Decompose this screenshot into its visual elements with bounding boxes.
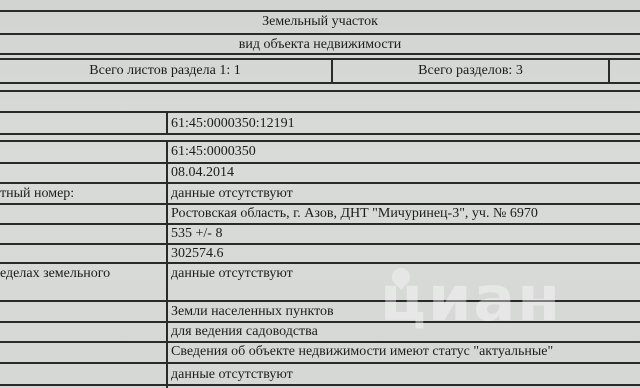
divider xyxy=(608,58,610,82)
object-status: Сведения об объекте недвижимости имеют с… xyxy=(171,344,553,360)
address: Ростовская область, г. Азов, ДНТ "Мичури… xyxy=(171,206,538,222)
cadastral-value: 302574.6 xyxy=(171,246,224,262)
rule xyxy=(0,33,640,35)
rule xyxy=(0,133,640,135)
quarter-number: 61:45:0000350 xyxy=(171,144,256,160)
object-title: Земельный участок xyxy=(0,14,640,30)
column-divider xyxy=(166,140,168,388)
sections-count: Всего разделов: 3 xyxy=(333,63,608,79)
land-category: Земли населенных пунктов xyxy=(171,304,334,320)
area: 535 +/- 8 xyxy=(171,226,222,242)
rule xyxy=(0,243,640,245)
rule xyxy=(0,140,640,142)
previous-number: данные отсутствуют xyxy=(171,186,293,202)
rule xyxy=(0,223,640,225)
rule xyxy=(0,111,640,113)
rule xyxy=(0,10,640,12)
cadastral-number: 61:45:0000350:12191 xyxy=(171,116,295,132)
rule xyxy=(0,53,640,55)
row-label: еделах земельного xyxy=(0,266,110,282)
rule xyxy=(0,58,640,60)
document-page: Земельный участок вид объекта недвижимос… xyxy=(0,0,640,388)
row-label: тный номер: xyxy=(0,186,74,202)
special-notes: данные отсутствуют xyxy=(171,367,293,383)
rule xyxy=(0,203,640,205)
objects-within: данные отсутствуют xyxy=(171,266,293,282)
column-divider xyxy=(166,111,168,133)
rule xyxy=(0,341,640,343)
rule xyxy=(0,182,640,184)
rule xyxy=(0,384,640,386)
object-type: вид объекта недвижимости xyxy=(0,37,640,53)
watermark-logo: циан xyxy=(380,262,562,335)
rule xyxy=(0,362,640,364)
assignment-date: 08.04.2014 xyxy=(171,165,234,181)
rule xyxy=(0,162,640,164)
rule xyxy=(0,82,640,84)
permitted-use: для ведения садоводства xyxy=(171,324,318,340)
rule xyxy=(0,90,640,92)
sheets-count: Всего листов раздела 1: 1 xyxy=(0,63,330,79)
